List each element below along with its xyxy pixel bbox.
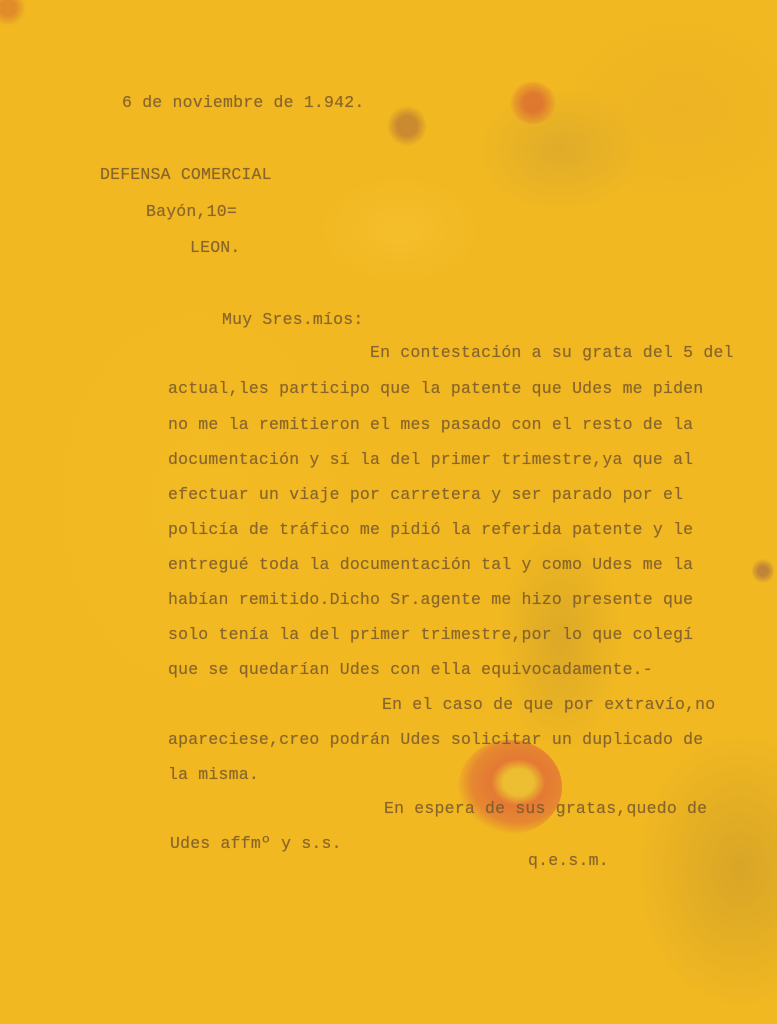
body-line: entregué toda la documentación tal y com…	[168, 555, 693, 574]
recipient-name: DEFENSA COMERCIAL	[100, 165, 272, 184]
body-line: En contestación a su grata del 5 del	[370, 343, 734, 362]
body-line: solo tenía la del primer trimestre,por l…	[168, 625, 693, 644]
body-line: actual,les participo que la patente que …	[168, 379, 703, 398]
body-line: la misma.	[168, 765, 259, 784]
salutation: Muy Sres.míos:	[222, 310, 363, 329]
paper-background	[0, 0, 777, 1024]
body-line: En espera de sus gratas,quedo de	[384, 799, 707, 818]
body-line: efectuar un viaje por carretera y ser pa…	[168, 485, 683, 504]
closing: q.e.s.m.	[528, 851, 609, 870]
recipient-address: Bayón,10=	[146, 202, 237, 221]
body-line: apareciese,creo podrán Udes solicitar un…	[168, 730, 703, 749]
recipient-city: LEON.	[190, 238, 241, 257]
body-line: habían remitido.Dicho Sr.agente me hizo …	[168, 590, 693, 609]
letter-date: 6 de noviembre de 1.942.	[122, 93, 364, 112]
body-line: documentación y sí la del primer trimest…	[168, 450, 693, 469]
body-line: Udes affmº y s.s.	[170, 834, 342, 853]
body-line: no me la remitieron el mes pasado con el…	[168, 415, 693, 434]
body-line: En el caso de que por extravío,no	[382, 695, 715, 714]
body-line: que se quedarían Udes con ella equivocad…	[168, 660, 653, 679]
body-line: policía de tráfico me pidió la referida …	[168, 520, 693, 539]
